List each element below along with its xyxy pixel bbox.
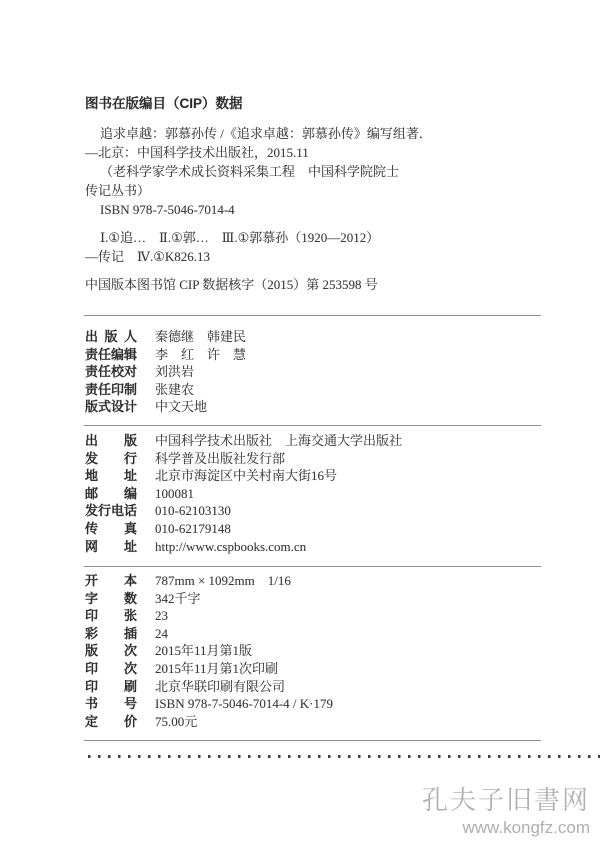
- watermark-url: www.kongfz.com: [405, 818, 590, 837]
- row-label: 印张: [85, 607, 137, 625]
- row-value: 100081: [155, 485, 194, 503]
- row-label: 传真: [85, 520, 137, 538]
- row-label: 地址: [85, 467, 137, 485]
- divider-rule: [84, 740, 541, 741]
- table-row: 彩插24: [85, 625, 555, 643]
- row-value: 北京市海淀区中关村南大街16号: [155, 467, 337, 485]
- row-value: 中国科学技术出版社 上海交通大学出版社: [155, 432, 402, 450]
- row-value: 010-62179148: [155, 520, 231, 538]
- table-row: 邮编100081: [85, 485, 555, 503]
- row-label: 责任校对: [85, 363, 137, 381]
- table-row: 责任印制张建农: [85, 381, 555, 399]
- table-row: 开本787mm × 1092mm 1/16: [85, 572, 555, 590]
- row-value: 2015年11月第1次印刷: [155, 660, 278, 678]
- watermark: 孔夫子旧書网 www.kongfz.com: [405, 784, 590, 837]
- table-row: 字数342千字: [85, 590, 555, 608]
- row-value: 2015年11月第1版: [155, 642, 252, 660]
- row-value: 北京华联印刷有限公司: [155, 678, 285, 696]
- row-label: 责任编辑: [85, 346, 137, 364]
- divider-rule: [84, 425, 541, 426]
- row-label: 发行: [85, 450, 137, 468]
- cip-line: —北京：中国科学技术出版社，2015.11: [85, 143, 545, 162]
- row-label: 发行电话: [85, 502, 137, 520]
- row-value: 中文天地: [155, 398, 207, 416]
- table-row: 定价75.00元: [85, 713, 555, 731]
- table-row: 版式设计中文天地: [85, 398, 555, 416]
- row-value: 75.00元: [155, 713, 197, 731]
- table-row: 发行电话010-62103130: [85, 502, 555, 520]
- table-row: 出版中国科学技术出版社 上海交通大学出版社: [85, 432, 555, 450]
- cip-line: 传记丛书）: [85, 181, 545, 200]
- row-value: 科学普及出版社发行部: [155, 450, 285, 468]
- table-row: 印刷北京华联印刷有限公司: [85, 678, 555, 696]
- table-row: 责任校对刘洪岩: [85, 363, 555, 381]
- cip-line: —传记 Ⅳ.①K826.13: [85, 247, 545, 266]
- row-label: 责任印制: [85, 381, 137, 399]
- row-value: 010-62103130: [155, 502, 231, 520]
- row-label: 印次: [85, 660, 137, 678]
- row-label: 版式设计: [85, 398, 137, 416]
- row-label: 出版人: [85, 328, 137, 346]
- row-value: 23: [155, 607, 168, 625]
- row-value: ISBN 978-7-5046-7014-4 / K·179: [155, 695, 333, 713]
- table-row: 责任编辑李 红 许 慧: [85, 346, 555, 364]
- row-value: 刘洪岩: [155, 363, 194, 381]
- publisher-table: 出版中国科学技术出版社 上海交通大学出版社发行科学普及出版社发行部地址北京市海淀…: [85, 432, 555, 555]
- row-value: 24: [155, 625, 168, 643]
- cip-line: ISBN 978-7-5046-7014-4: [85, 200, 545, 219]
- row-label: 网址: [85, 538, 137, 556]
- dotted-separator: [88, 755, 600, 758]
- row-value: http://www.cspbooks.com.cn: [155, 538, 306, 556]
- row-label: 书号: [85, 695, 137, 713]
- row-label: 彩插: [85, 625, 137, 643]
- row-label: 开本: [85, 572, 137, 590]
- table-row: 地址北京市海淀区中关村南大街16号: [85, 467, 555, 485]
- cip-record: 追求卓越：郭慕孙传 /《追求卓越：郭慕孙传》编写组著．—北京：中国科学技术出版社…: [85, 124, 545, 294]
- row-label: 版次: [85, 642, 137, 660]
- row-label: 印刷: [85, 678, 137, 696]
- cip-heading: 图书在版编目（CIP）数据: [85, 92, 243, 112]
- cip-line: （老科学家学术成长资料采集工程 中国科学院院士: [85, 162, 545, 181]
- row-value: 秦德继 韩建民: [155, 328, 246, 346]
- divider-rule: [84, 315, 541, 316]
- table-row: 发行科学普及出版社发行部: [85, 450, 555, 468]
- row-value: 787mm × 1092mm 1/16: [155, 572, 291, 590]
- divider-rule: [84, 566, 541, 567]
- printing-table: 开本787mm × 1092mm 1/16字数342千字印张23彩插24版次20…: [85, 572, 555, 730]
- cip-line: Ⅰ.①追… Ⅱ.①郭… Ⅲ.①郭慕孙（1920—2012）: [85, 228, 545, 247]
- row-value: 李 红 许 慧: [155, 346, 246, 364]
- row-value: 342千字: [155, 590, 201, 608]
- cip-line: 追求卓越：郭慕孙传 /《追求卓越：郭慕孙传》编写组著．: [85, 124, 545, 143]
- row-value: 张建农: [155, 381, 194, 399]
- book-copyright-page: 图书在版编目（CIP）数据 追求卓越：郭慕孙传 /《追求卓越：郭慕孙传》编写组著…: [0, 0, 600, 847]
- table-row: 网址http://www.cspbooks.com.cn: [85, 538, 555, 556]
- cip-line: 中国版本图书馆 CIP 数据核字（2015）第 253598 号: [85, 275, 545, 294]
- row-label: 邮编: [85, 485, 137, 503]
- table-row: 传真010-62179148: [85, 520, 555, 538]
- table-row: 出版人秦德继 韩建民: [85, 328, 555, 346]
- row-label: 字数: [85, 590, 137, 608]
- table-row: 书号ISBN 978-7-5046-7014-4 / K·179: [85, 695, 555, 713]
- row-label: 出版: [85, 432, 137, 450]
- table-row: 版次2015年11月第1版: [85, 642, 555, 660]
- watermark-title: 孔夫子旧書网: [405, 784, 590, 818]
- row-label: 定价: [85, 713, 137, 731]
- table-row: 印张23: [85, 607, 555, 625]
- staff-table: 出版人秦德继 韩建民责任编辑李 红 许 慧责任校对刘洪岩责任印制张建农版式设计中…: [85, 328, 555, 416]
- table-row: 印次2015年11月第1次印刷: [85, 660, 555, 678]
